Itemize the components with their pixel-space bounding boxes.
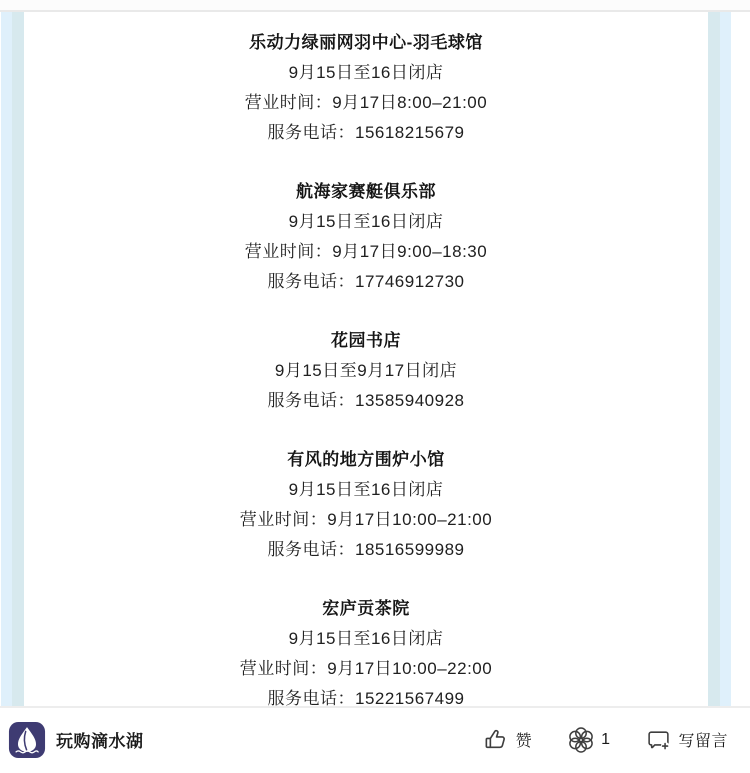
account-name: 玩购滴水湖 xyxy=(56,727,144,752)
venue-business-hours: 营业时间：9月17日8:00–21:00 xyxy=(24,88,708,118)
venue-name: 有风的地方围炉小馆 xyxy=(24,445,708,475)
venue-name: 航海家赛艇俱乐部 xyxy=(24,177,708,207)
venue-closure-dates: 9月15日至16日闭店 xyxy=(24,624,708,654)
venue-service-phone: 服务电话：13585940928 xyxy=(24,386,708,416)
like-label: 赞 xyxy=(516,728,533,751)
venue-closure-dates: 9月15日至9月17日闭店 xyxy=(24,356,708,386)
footer-bar: 玩购滴水湖 赞 1 xyxy=(0,708,750,771)
article-body: 乐动力绿丽网羽中心-羽毛球馆 9月15日至16日闭店 营业时间：9月17日8:0… xyxy=(24,12,708,706)
venue-closure-dates: 9月15日至16日闭店 xyxy=(24,207,708,237)
venue-business-hours: 营业时间：9月17日10:00–21:00 xyxy=(24,505,708,535)
venue-name: 乐动力绿丽网羽中心-羽毛球馆 xyxy=(24,28,708,58)
venue-business-hours: 营业时间：9月17日10:00–22:00 xyxy=(24,654,708,684)
comment-plus-icon xyxy=(646,727,671,752)
account-button[interactable]: 玩购滴水湖 xyxy=(8,721,144,759)
venue-name: 花园书店 xyxy=(24,326,708,356)
venue-name: 宏庐贡茶院 xyxy=(24,594,708,624)
wow-button[interactable]: 1 xyxy=(568,727,610,753)
venue-block: 航海家赛艇俱乐部 9月15日至16日闭店 营业时间：9月17日9:00–18:3… xyxy=(24,177,708,297)
article-frame-inner: 乐动力绿丽网羽中心-羽毛球馆 9月15日至16日闭店 营业时间：9月17日8:0… xyxy=(12,12,720,706)
wow-count: 1 xyxy=(601,731,610,749)
venue-block: 有风的地方围炉小馆 9月15日至16日闭店 营业时间：9月17日10:00–21… xyxy=(24,445,708,565)
venue-closure-dates: 9月15日至16日闭店 xyxy=(24,58,708,88)
venue-service-phone: 服务电话：18516599989 xyxy=(24,535,708,565)
venue-service-phone: 服务电话：15618215679 xyxy=(24,118,708,148)
venue-closure-dates: 9月15日至16日闭店 xyxy=(24,475,708,505)
venue-block: 宏庐贡茶院 9月15日至16日闭店 营业时间：9月17日10:00–22:00 … xyxy=(24,594,708,706)
venue-service-phone: 服务电话：17746912730 xyxy=(24,267,708,297)
comment-label: 写留言 xyxy=(678,728,728,751)
venue-business-hours: 营业时间：9月17日9:00–18:30 xyxy=(24,237,708,267)
like-button[interactable]: 赞 xyxy=(483,727,533,753)
venue-service-phone: 服务电话：15221567499 xyxy=(24,684,708,706)
top-divider xyxy=(0,0,750,12)
venue-block: 花园书店 9月15日至9月17日闭店 服务电话：13585940928 xyxy=(24,326,708,416)
venue-block: 乐动力绿丽网羽中心-羽毛球馆 9月15日至16日闭店 营业时间：9月17日8:0… xyxy=(24,28,708,148)
wow-flower-icon xyxy=(568,727,594,753)
account-logo-icon xyxy=(8,721,46,759)
comment-button[interactable]: 写留言 xyxy=(646,727,728,752)
thumbs-up-icon xyxy=(483,727,509,753)
article-frame: 乐动力绿丽网羽中心-羽毛球馆 9月15日至16日闭店 营业时间：9月17日8:0… xyxy=(1,12,731,706)
footer-actions: 赞 1 写留言 xyxy=(483,727,728,753)
